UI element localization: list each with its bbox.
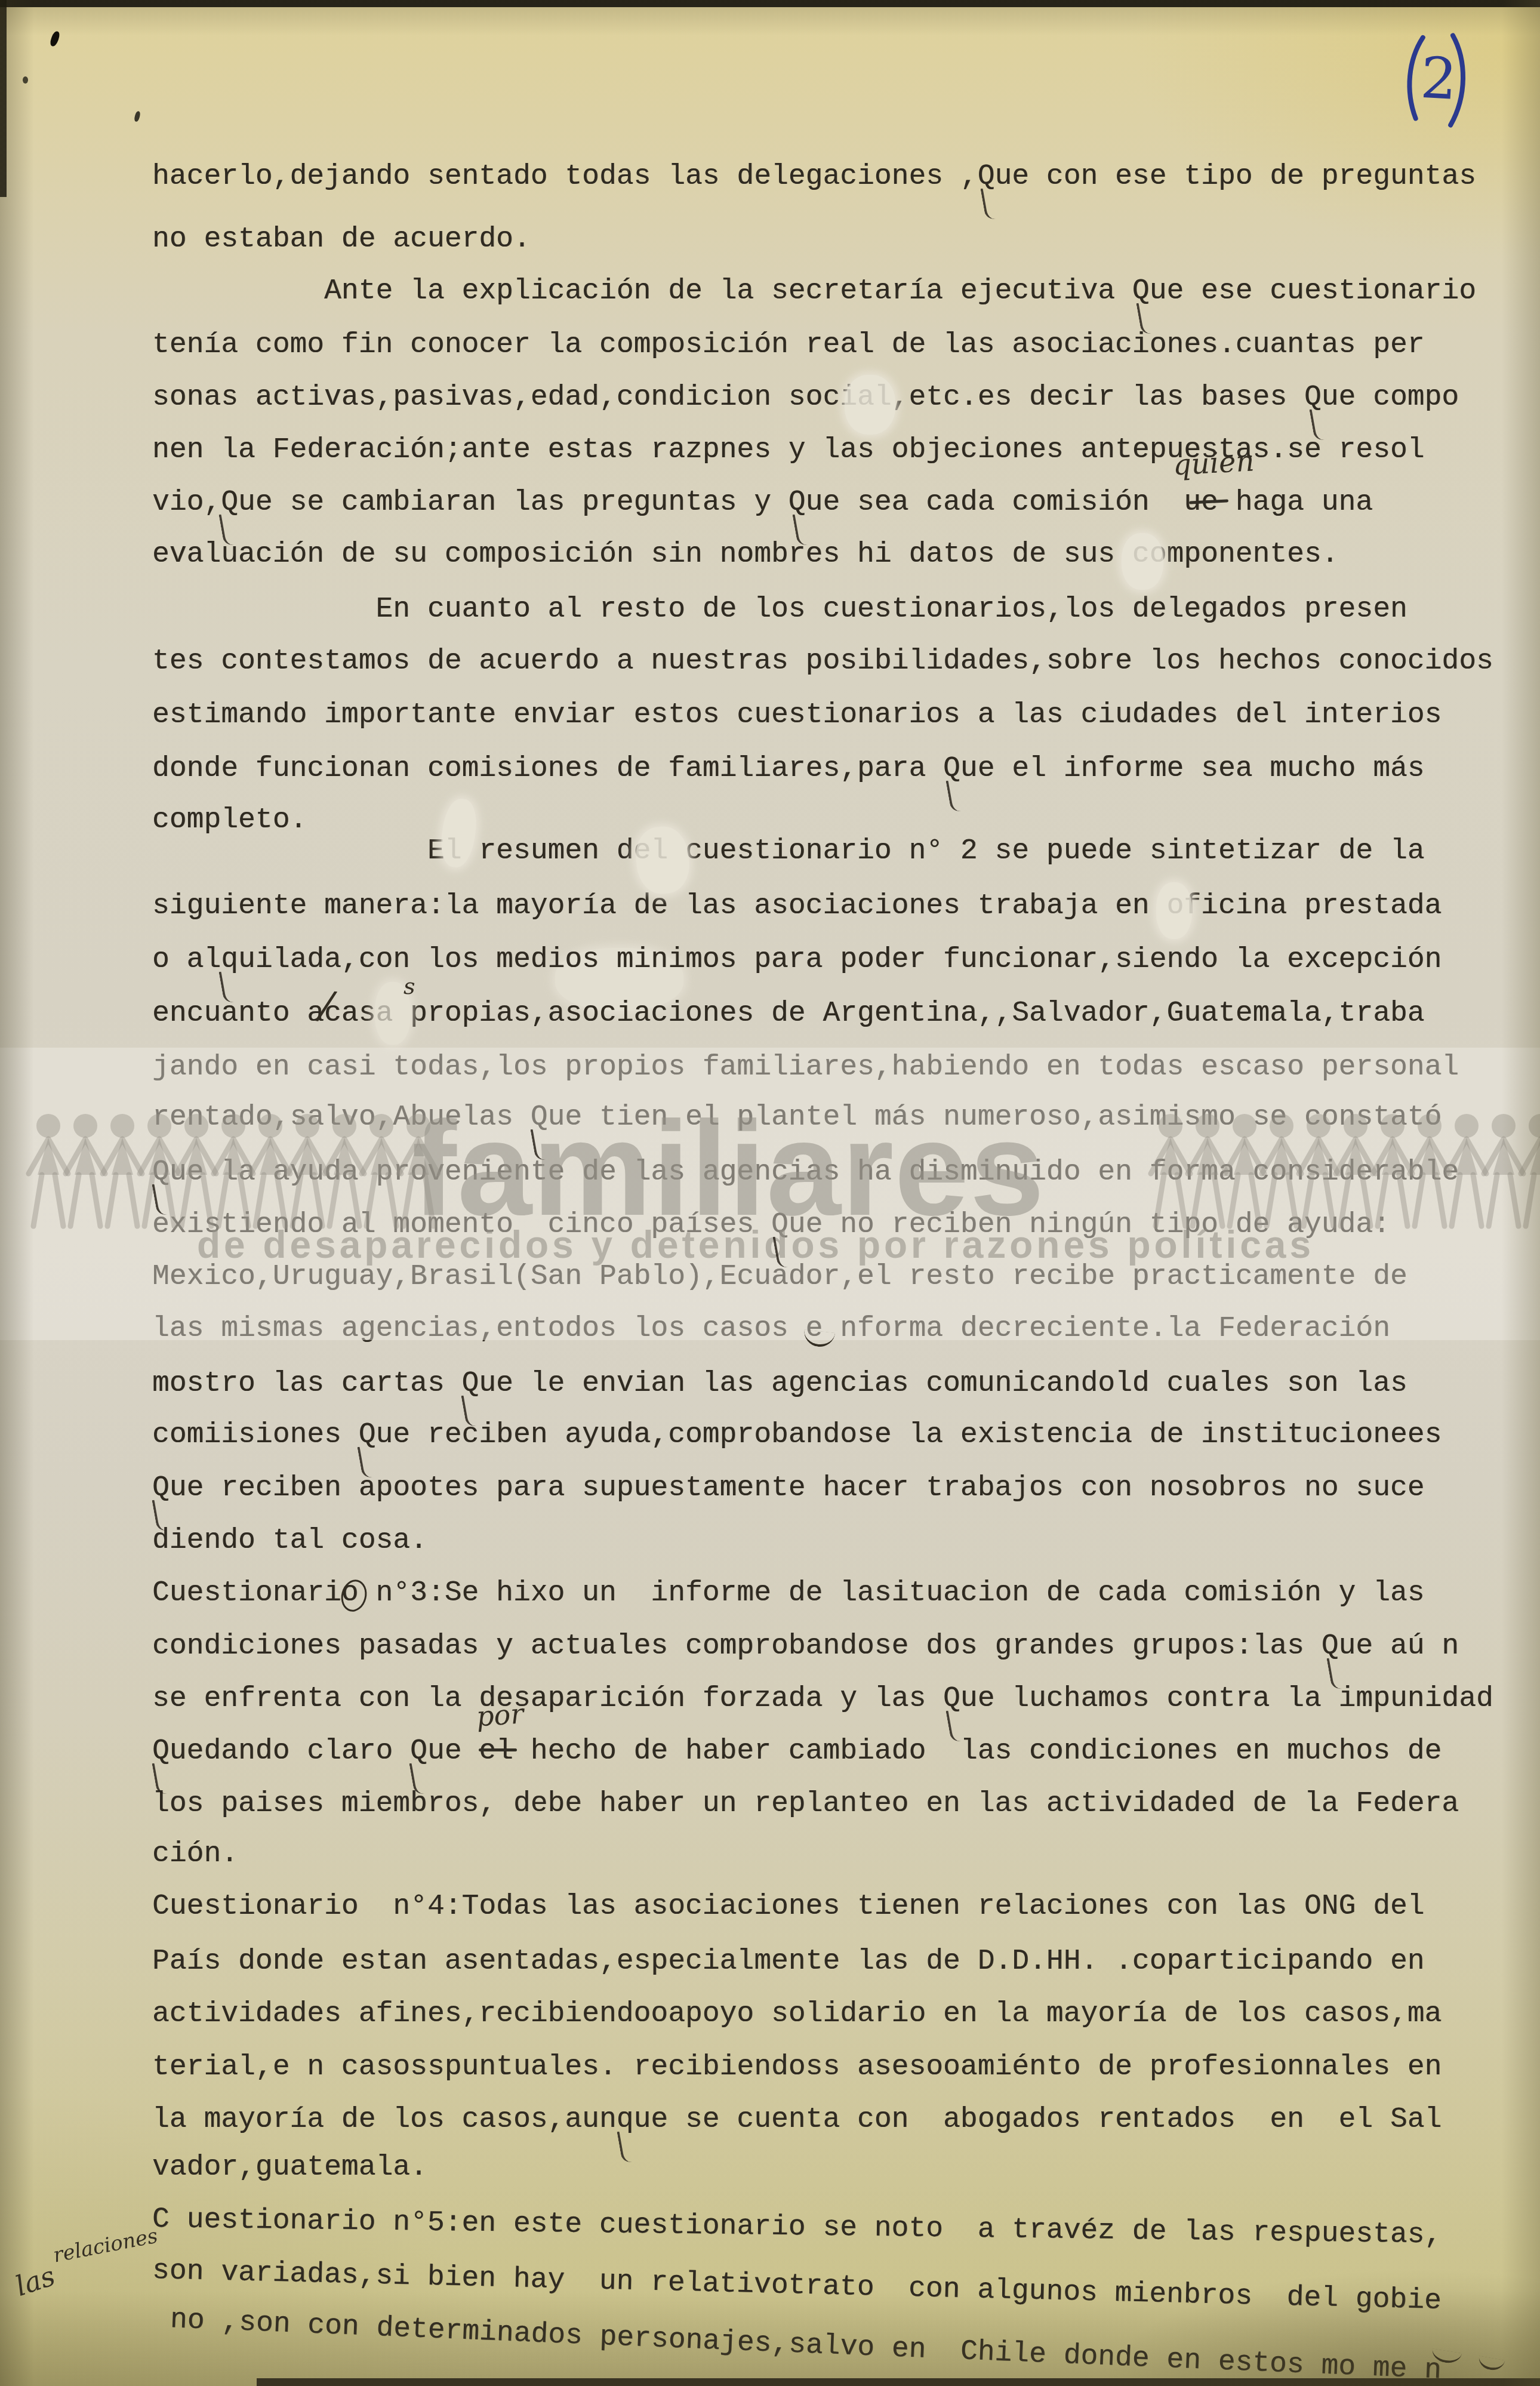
ink-speck [134,110,141,122]
page-number-annotation: 2 [1393,27,1476,136]
typed-line: diendo tal cosa. [152,1525,427,1556]
inserted-superscript-s: s [404,973,415,999]
typed-line: ción. [152,1839,238,1870]
typed-line: tes contestamos de acuerdo a nuestras po… [152,646,1493,677]
scan-edge-left [0,0,7,197]
typed-line: Quedando claro Que el hecho de haber cam… [152,1736,1442,1767]
whiteout-blob [1122,533,1163,590]
page-number-digit: 2 [1419,45,1458,113]
typed-line: Ante la explicación de la secretaría eje… [152,276,1476,307]
typed-line: sonas activas,pasivas,edad,condicion soc… [152,382,1459,413]
margin-note-las: las [11,2259,58,2302]
typed-line: o alquilada,con los medios minimos para … [152,944,1442,975]
whiteout-blob [845,375,895,435]
typed-line: siguiente manera:la mayoría de las asoci… [152,891,1442,922]
ink-speck [23,76,28,84]
typed-line: son variadas,si bien hay un relativotrat… [152,2255,1442,2317]
typed-line: El resumen del cuestionario n° 2 se pued… [152,836,1425,867]
typed-line: estimando importante enviar estos cuesti… [152,700,1442,731]
typed-line: no ,son con determinados personajes,salv… [170,2304,1442,2386]
typed-line: comiisiones Que reciben ayuda,comproband… [152,1420,1442,1451]
typed-line: hacerlo,dejando sentado todas las delega… [152,161,1476,192]
margin-note-relaciones: relaciones [51,2224,160,2267]
typed-line: vador,guatemala. [152,2152,427,2183]
watermark-subtitle: de desaparecidos y detenidos por razones… [197,1223,1314,1267]
scan-edge-top [0,0,1540,7]
strikethrough-el [479,1748,517,1751]
typed-line: los paises miembros, debe haber un repla… [152,1788,1459,1819]
typed-line: donde funcionan comisiones de familiares… [152,753,1425,784]
pen-swirl [803,1329,835,1348]
typed-line: País donde estan asentadas,especialmente… [152,1946,1425,1977]
handwritten-quien: quien [1172,444,1255,482]
scan-edge-bottom-line [257,2378,1540,2386]
pen-swirl [1477,2356,1505,2372]
typed-line: condiciones pasadas y actuales comproban… [152,1631,1459,1662]
typed-line: En cuanto al resto de los cuestionarios,… [152,594,1407,625]
typed-line: no estaban de acuerdo. [152,224,531,255]
ink-speck [49,30,61,48]
typed-line: tenía como fin conocer la composición re… [152,330,1425,361]
scanned-typewritten-page: hacerlo,dejando sentado todas las delega… [0,0,1540,2386]
typed-line: se enfrenta con la desaparición forzada … [152,1683,1493,1714]
handwritten-por: por [475,1697,525,1732]
typed-line: actividades afines,recibiendooapoyo soli… [152,1999,1442,2030]
typed-line: mostro las cartas Que le envian las agen… [152,1368,1407,1399]
whiteout-blob [1156,882,1192,939]
typed-line: C uestionario n°5:en este cuestionario s… [152,2204,1442,2250]
typed-line: Cuestionario n°4:Todas las asociaciones … [152,1891,1425,1922]
typed-line: encuanto acasa propias,asociaciones de A… [152,998,1425,1029]
typed-line: la mayoría de los casos,aunque se cuenta… [152,2104,1442,2135]
typed-line: completo. [152,805,307,836]
typed-line: Que reciben apootes para supuestamente h… [152,1473,1425,1504]
typed-line: terial,e n casosspuntuales. recibiendoss… [152,2052,1442,2083]
